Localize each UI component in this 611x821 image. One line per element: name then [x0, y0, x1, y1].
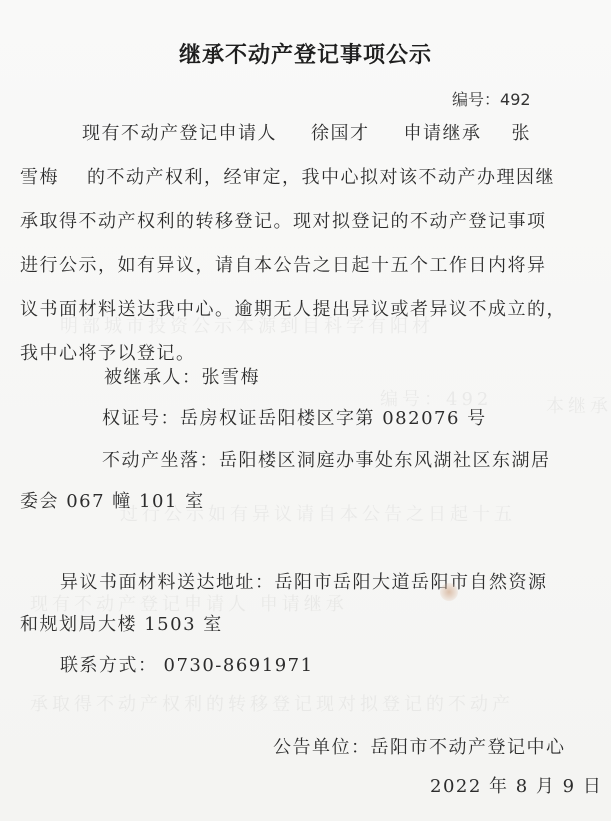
- paper-stain: [440, 583, 458, 601]
- issuer-line: 公告单位：岳阳市不动产登记中心: [273, 733, 566, 759]
- issuer-name: 岳阳市不动产登记中心: [371, 737, 566, 758]
- applicant-name: 徐国才: [311, 123, 370, 144]
- document-page: 明部城市投资公示本源到目科学有阳材 编号：492 本继承 张 过行公示如有异议请…: [0, 0, 611, 821]
- location-line-1: 不动产坐落：岳阳楼区洞庭办事处东风湖社区东湖居: [102, 446, 551, 472]
- body-text: 的不动产权利，经审定，我中心拟对该不动产办理因继: [87, 167, 555, 188]
- decedent-line: 被继承人：张雪梅: [104, 363, 260, 389]
- contact-phone: 0730-8691971: [164, 655, 314, 676]
- contact-label: 联系方式：: [60, 655, 158, 676]
- certificate-number: 岳房权证岳阳楼区字第 082076 号: [180, 408, 487, 429]
- body-text: 申请继承: [404, 123, 482, 144]
- body-line-3: 承取得不动产权利的转移登记。现对拟登记的不动产登记事项: [20, 207, 547, 233]
- body-text: 张: [512, 123, 532, 144]
- document-number: 编号：492: [452, 87, 531, 110]
- body-line-4: 进行公示，如有异议，请自本公告之日起十五个工作日内将异: [20, 251, 547, 277]
- certificate-line: 权证号：岳房权证岳阳楼区字第 082076 号: [102, 404, 487, 430]
- location-value: 岳阳楼区洞庭办事处东风湖社区东湖居: [219, 450, 551, 471]
- document-number-label: 编号：: [452, 90, 500, 109]
- issuer-label: 公告单位：: [273, 737, 371, 758]
- document-title: 继承不动产登记事项公示: [0, 38, 611, 69]
- contact-line: 联系方式：0730-8691971: [60, 651, 314, 677]
- location-label: 不动产坐落：: [102, 450, 219, 471]
- body-text: 现有不动产登记申请人: [82, 123, 277, 144]
- document-number-value: 492: [500, 90, 531, 109]
- body-line-5: 议书面材料送达我中心。逾期无人提出异议或者异议不成立的，: [20, 295, 566, 321]
- decedent-label: 被继承人：: [104, 367, 202, 388]
- location-line-2: 委会 067 幢 101 室: [20, 487, 205, 513]
- objection-address-value: 岳阳市岳阳大道岳阳市自然资源: [275, 572, 548, 593]
- decedent-name: 张雪梅: [202, 367, 261, 388]
- body-line-1: 现有不动产登记申请人徐国才申请继承张: [82, 119, 531, 145]
- body-text: 雪梅: [20, 167, 59, 188]
- objection-address-label: 异议书面材料送达地址：: [60, 572, 275, 593]
- certificate-label: 权证号：: [102, 408, 180, 429]
- bleed-through-text: 承取得不动产权利的转移登记现对拟登记的不动产: [30, 690, 514, 716]
- issue-date: 2022 年 8 月 9 日: [430, 772, 602, 798]
- body-line-6: 我中心将予以登记。: [20, 339, 196, 365]
- objection-address-line-1: 异议书面材料送达地址：岳阳市岳阳大道岳阳市自然资源: [60, 568, 548, 594]
- objection-address-line-2: 和规划局大楼 1503 室: [20, 610, 223, 636]
- body-line-2: 雪梅的不动产权利，经审定，我中心拟对该不动产办理因继: [20, 163, 555, 189]
